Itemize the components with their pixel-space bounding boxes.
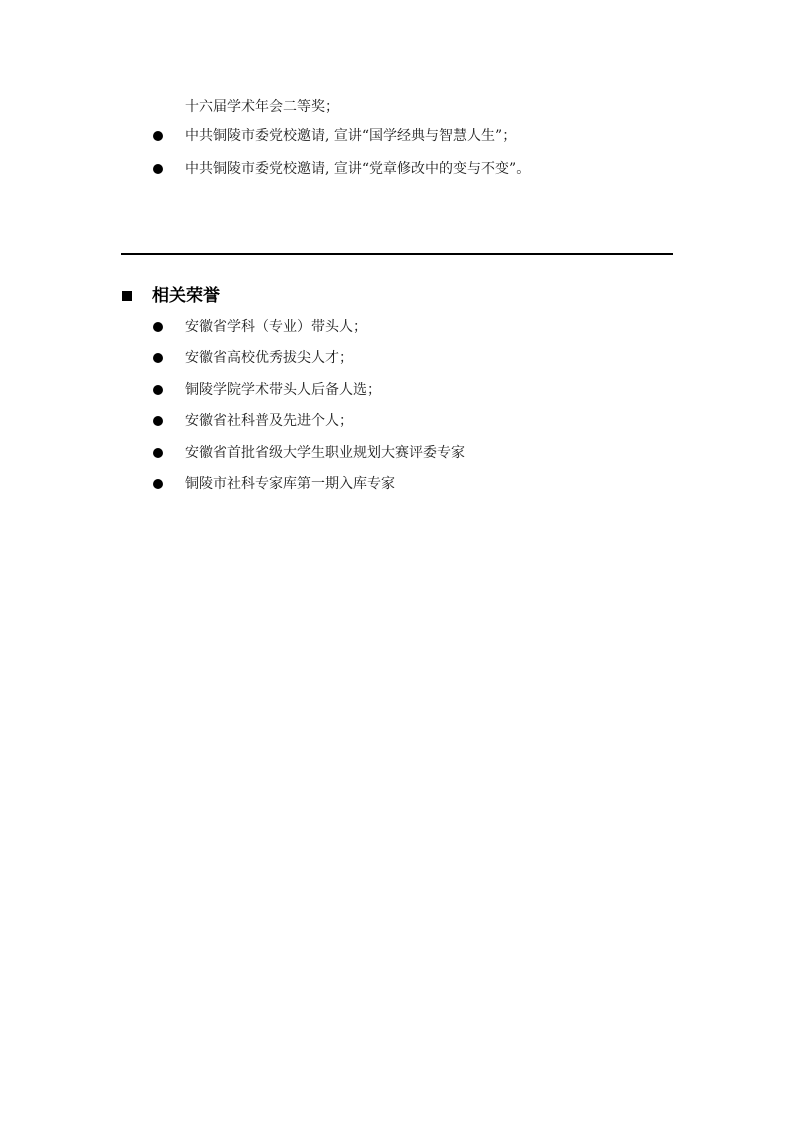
list-item: 中共铜陵市委党校邀请, 宣讲“党章修改中的变与不变”。 <box>185 160 530 178</box>
bullet-icon <box>153 131 163 141</box>
list-item: 中共铜陵市委党校邀请, 宣讲“国学经典与智慧人生”； <box>185 127 516 145</box>
list-item: 安徽省学科（专业）带头人； <box>185 318 367 336</box>
list-item: 安徽省社科普及先进个人； <box>185 412 353 430</box>
list-item: 安徽省高校优秀拔尖人才； <box>185 349 353 367</box>
bullet-icon <box>153 164 163 174</box>
bullet-icon <box>153 385 163 395</box>
section-heading: 相关荣誉 <box>152 285 220 307</box>
section-divider <box>121 253 673 255</box>
list-item: 安徽省首批省级大学生职业规划大赛评委专家 <box>185 444 465 462</box>
bullet-icon <box>153 448 163 458</box>
bullet-icon <box>153 479 163 489</box>
bullet-icon <box>153 416 163 426</box>
list-item: 铜陵学院学术带头人后备人选； <box>185 381 381 399</box>
list-item: 铜陵市社科专家库第一期入库专家 <box>185 475 395 493</box>
bullet-icon <box>153 322 163 332</box>
bullet-icon <box>153 353 163 363</box>
square-bullet-icon <box>122 291 132 301</box>
continuation-line: 十六届学术年会二等奖； <box>185 98 339 116</box>
